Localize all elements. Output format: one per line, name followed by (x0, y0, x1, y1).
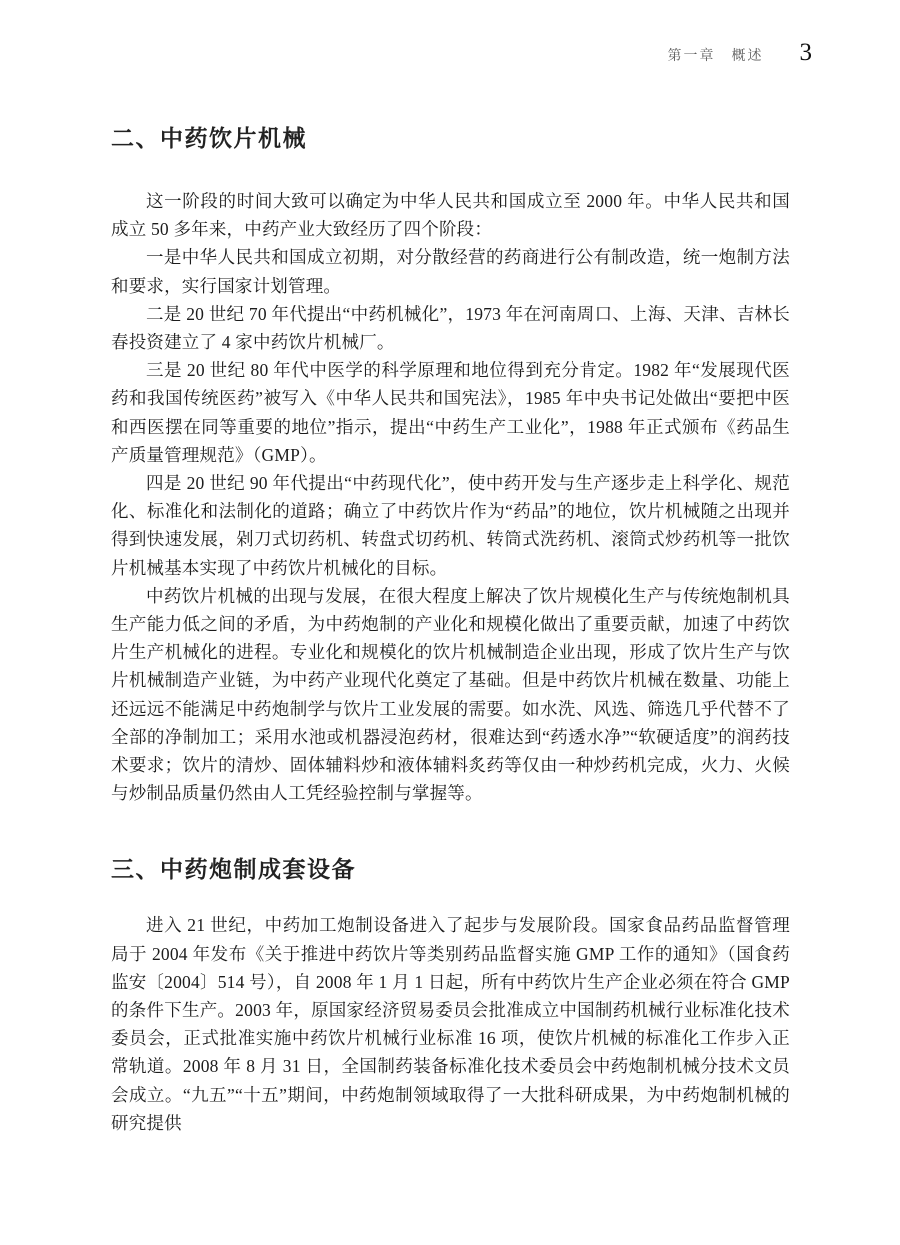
book-page: 第一章 概述 3 二、中药饮片机械 这一阶段的时间大致可以确定为中华人民共和国成… (0, 0, 900, 1245)
paragraph-stage-one: 一是中华人民共和国成立初期，对分散经营的药商进行公有制改造，统一炮制方法和要求，… (111, 243, 790, 299)
paragraph-machinery-impact: 中药饮片机械的出现与发展，在很大程度上解决了饮片规模化生产与传统炮制机具生产能力… (111, 582, 790, 808)
paragraph-21st-century: 进入 21 世纪，中药加工炮制设备进入了起步与发展阶段。国家食品药品监督管理局于… (111, 911, 790, 1137)
paragraph-stage-four: 四是 20 世纪 90 年代提出“中药现代化”，使中药开发与生产逐步走上科学化、… (111, 469, 790, 582)
running-head-chapter: 第一章 概述 (668, 45, 764, 65)
running-head: 第一章 概述 3 (112, 40, 812, 65)
paragraph-stage-three: 三是 20 世纪 80 年代中医学的科学原理和地位得到充分肯定。1982 年“发… (111, 356, 790, 469)
paragraph-stage-overview: 这一阶段的时间大致可以确定为中华人民共和国成立至 2000 年。中华人民共和国成… (111, 187, 790, 243)
page-number: 3 (800, 40, 813, 65)
section-paragraphs: 进入 21 世纪，中药加工炮制设备进入了起步与发展阶段。国家食品药品监督管理局于… (111, 911, 790, 1137)
section-heading-paozhi-equipment: 三、中药炮制成套设备 (111, 853, 790, 885)
page-body: 二、中药饮片机械 这一阶段的时间大致可以确定为中华人民共和国成立至 2000 年… (111, 122, 790, 1137)
section-yinpian-machinery: 二、中药饮片机械 这一阶段的时间大致可以确定为中华人民共和国成立至 2000 年… (111, 122, 790, 807)
section-paragraphs: 这一阶段的时间大致可以确定为中华人民共和国成立至 2000 年。中华人民共和国成… (111, 187, 790, 807)
paragraph-stage-two: 二是 20 世纪 70 年代提出“中药机械化”，1973 年在河南周口、上海、天… (111, 300, 790, 356)
section-paozhi-equipment: 三、中药炮制成套设备 进入 21 世纪，中药加工炮制设备进入了起步与发展阶段。国… (111, 853, 790, 1137)
section-heading-yinpian-machinery: 二、中药饮片机械 (111, 122, 790, 154)
